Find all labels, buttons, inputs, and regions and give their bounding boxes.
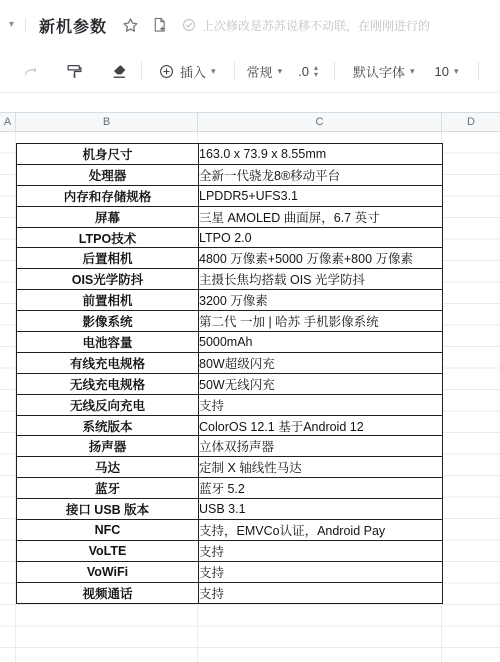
spec-name-cell[interactable]: 无线反向充电 (17, 394, 199, 415)
chevron-down-icon: ▾ (454, 66, 459, 77)
table-row: 无线反向充电 支持 (17, 394, 443, 415)
header-divider (25, 18, 26, 33)
check-circle-icon (182, 18, 196, 32)
spec-name-cell[interactable]: 视频通话 (17, 582, 199, 603)
table-row: 系统版本 ColorOS 12.1 基于Android 12 (17, 415, 443, 436)
table-row: OIS光学防抖 主摄长焦均搭载 OIS 光学防抖 (17, 269, 443, 290)
spec-name-cell[interactable]: 处理器 (17, 164, 199, 185)
table-row: 有线充电规格 80W超级闪充 (17, 352, 443, 373)
spec-name-cell[interactable]: 扬声器 (17, 436, 199, 457)
chevron-down-icon: ▾ (410, 66, 415, 77)
toolbar-divider (234, 62, 235, 80)
spec-value-cell[interactable]: 蓝牙 5.2 (199, 478, 443, 499)
toolbar-divider (478, 62, 479, 80)
spec-name-cell[interactable]: OIS光学防抖 (17, 269, 199, 290)
decimal-places-control[interactable]: .0 ▴ ▾ (298, 64, 318, 79)
document-title[interactable]: 新机参数 (39, 14, 107, 37)
spec-name-cell[interactable]: 马达 (17, 457, 199, 478)
spec-value-cell[interactable]: 立体双扬声器 (199, 436, 443, 457)
spec-value-cell[interactable]: LTPO 2.0 (199, 227, 443, 248)
spec-name-cell[interactable]: VoLTE (17, 540, 199, 561)
column-header-d[interactable]: D (442, 113, 500, 131)
chevron-down-icon[interactable]: ▾ (6, 18, 17, 32)
table-row: 电池容量 5000mAh (17, 332, 443, 353)
toolbar-divider (141, 62, 142, 80)
formula-bar[interactable] (0, 93, 500, 112)
table-row: 蓝牙 蓝牙 5.2 (17, 478, 443, 499)
decimal-spinner[interactable]: ▴ ▾ (314, 64, 318, 78)
spec-value-cell[interactable]: 支持，EMVCo认证，Android Pay (199, 520, 443, 541)
column-header-a[interactable]: A (0, 113, 16, 131)
toolbar: 插入 ▾ 常规 ▾ .0 ▴ ▾ 默认字体 ▾ 10 ▾ (0, 50, 500, 93)
spec-name-cell[interactable]: 后置相机 (17, 248, 199, 269)
spec-value-cell[interactable]: LPDDR5+UFS3.1 (199, 185, 443, 206)
spec-name-cell[interactable]: 电池容量 (17, 332, 199, 353)
last-modified-text: 上次修改是苏苏说移不动联，在刚刚进行的 (202, 17, 430, 34)
spec-name-cell[interactable]: 有线充电规格 (17, 352, 199, 373)
spec-name-cell[interactable]: LTPO技术 (17, 227, 199, 248)
spec-value-cell[interactable]: 5000mAh (199, 332, 443, 353)
spec-value-cell[interactable]: 163.0 x 73.9 x 8.55mm (199, 144, 443, 165)
spec-value-cell[interactable]: 3200 万像素 (199, 290, 443, 311)
table-row: 视频通话 支持 (17, 582, 443, 603)
spinner-down-icon: ▾ (314, 71, 318, 78)
table-row: 内存和存储规格 LPDDR5+UFS3.1 (17, 185, 443, 206)
table-row: 前置相机 3200 万像素 (17, 290, 443, 311)
spec-value-cell[interactable]: 支持 (199, 561, 443, 582)
spec-name-cell[interactable]: 前置相机 (17, 290, 199, 311)
spec-value-cell[interactable]: 50W无线闪充 (199, 373, 443, 394)
plus-circle-icon (159, 64, 174, 79)
table-row: 马达 定制 X 轴线性马达 (17, 457, 443, 478)
sheet-grid: 机身尺寸 163.0 x 73.9 x 8.55mm 处理器 全新一代骁龙8®移… (0, 132, 500, 662)
table-row: 机身尺寸 163.0 x 73.9 x 8.55mm (17, 144, 443, 165)
spec-name-cell[interactable]: 无线充电规格 (17, 373, 199, 394)
spec-table: 机身尺寸 163.0 x 73.9 x 8.55mm 处理器 全新一代骁龙8®移… (16, 143, 443, 604)
eraser-icon[interactable] (110, 63, 128, 80)
redo-icon[interactable] (22, 63, 39, 79)
spec-name-cell[interactable]: 机身尺寸 (17, 144, 199, 165)
spec-name-cell[interactable]: NFC (17, 520, 199, 541)
spec-value-cell[interactable]: 支持 (199, 540, 443, 561)
spec-table-body: 机身尺寸 163.0 x 73.9 x 8.55mm 处理器 全新一代骁龙8®移… (17, 144, 443, 604)
column-header-row: A B C D (0, 112, 500, 132)
spec-name-cell[interactable]: 影像系统 (17, 311, 199, 332)
document-header: ▾ 新机参数 上次修改是苏苏说移不动联，在刚刚进行的 (0, 0, 500, 50)
table-row: VoWiFi 支持 (17, 561, 443, 582)
table-row: VoLTE 支持 (17, 540, 443, 561)
spec-value-cell[interactable]: 支持 (199, 582, 443, 603)
spec-name-cell[interactable]: 蓝牙 (17, 478, 199, 499)
font-size-select[interactable]: 10 ▾ (435, 64, 459, 79)
insert-button[interactable]: 插入 ▾ (159, 62, 216, 81)
spec-value-cell[interactable]: 第二代 一加 | 哈苏 手机影像系统 (199, 311, 443, 332)
table-row: LTPO技术 LTPO 2.0 (17, 227, 443, 248)
chevron-down-icon: ▾ (278, 66, 283, 77)
spec-name-cell[interactable]: 接口 USB 版本 (17, 499, 199, 520)
spec-value-cell[interactable]: 全新一代骁龙8®移动平台 (199, 164, 443, 185)
toolbar-divider (334, 62, 335, 80)
table-row: 影像系统 第二代 一加 | 哈苏 手机影像系统 (17, 311, 443, 332)
spec-name-cell[interactable]: 内存和存储规格 (17, 185, 199, 206)
number-format-select[interactable]: 常规 ▾ (247, 62, 283, 81)
star-icon[interactable] (122, 17, 139, 34)
new-copy-file-icon[interactable] (152, 17, 167, 33)
table-row: 接口 USB 版本 USB 3.1 (17, 499, 443, 520)
table-row: 屏幕 三星 AMOLED 曲面屏，6.7 英寸 (17, 206, 443, 227)
spec-value-cell[interactable]: 主摄长焦均搭载 OIS 光学防抖 (199, 269, 443, 290)
spec-name-cell[interactable]: 屏幕 (17, 206, 199, 227)
spec-value-cell[interactable]: 支持 (199, 394, 443, 415)
spec-value-cell[interactable]: USB 3.1 (199, 499, 443, 520)
spec-value-cell[interactable]: ColorOS 12.1 基于Android 12 (199, 415, 443, 436)
column-header-c[interactable]: C (198, 113, 442, 131)
table-row: NFC 支持，EMVCo认证，Android Pay (17, 520, 443, 541)
table-row: 处理器 全新一代骁龙8®移动平台 (17, 164, 443, 185)
save-status: 上次修改是苏苏说移不动联，在刚刚进行的 (182, 17, 430, 34)
format-painter-icon[interactable] (66, 63, 83, 80)
spec-name-cell[interactable]: 系统版本 (17, 415, 199, 436)
spec-name-cell[interactable]: VoWiFi (17, 561, 199, 582)
font-family-select[interactable]: 默认字体 ▾ (353, 62, 415, 81)
spec-value-cell[interactable]: 三星 AMOLED 曲面屏，6.7 英寸 (199, 206, 443, 227)
spec-value-cell[interactable]: 4800 万像素+5000 万像素+800 万像素 (199, 248, 443, 269)
table-row: 无线充电规格 50W无线闪充 (17, 373, 443, 394)
spec-value-cell[interactable]: 80W超级闪充 (199, 352, 443, 373)
column-header-b[interactable]: B (16, 113, 198, 131)
chevron-down-icon: ▾ (211, 66, 216, 77)
spec-value-cell[interactable]: 定制 X 轴线性马达 (199, 457, 443, 478)
table-row: 扬声器 立体双扬声器 (17, 436, 443, 457)
table-row: 后置相机 4800 万像素+5000 万像素+800 万像素 (17, 248, 443, 269)
